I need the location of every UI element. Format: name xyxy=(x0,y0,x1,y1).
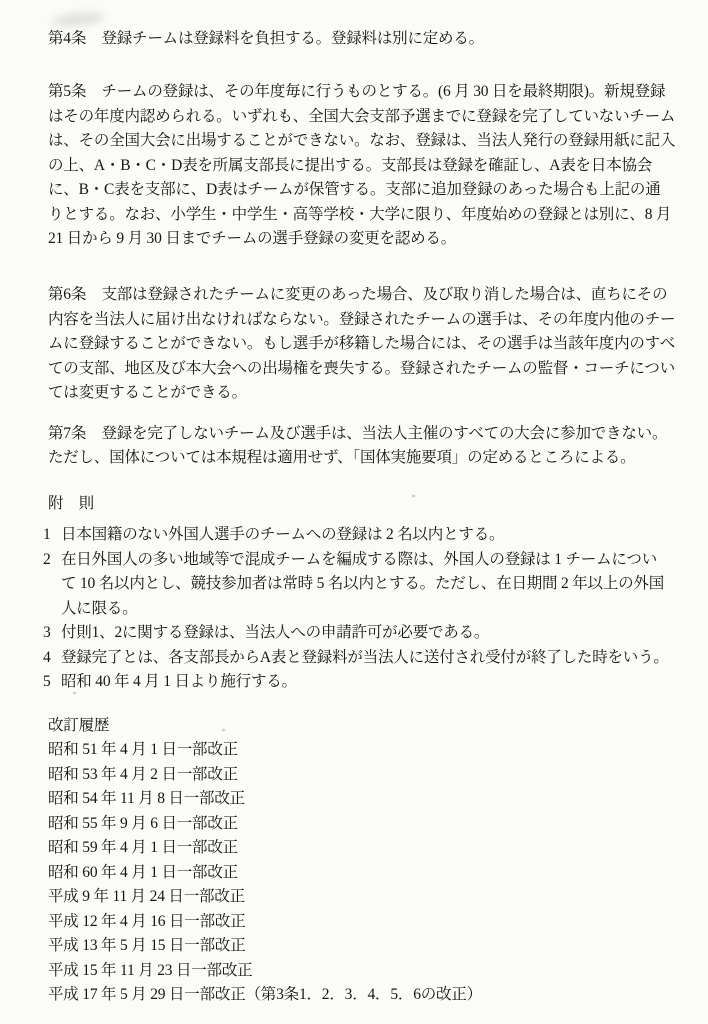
revision-entry: 昭和 51 年 4 月 1 日一部改正 xyxy=(48,738,693,763)
appendix-item: 3 付則1、2に関する登録は、当法人への申請許可が必要である。 xyxy=(43,621,693,646)
item-number: 1 xyxy=(43,523,61,548)
text-line: ただし、国体については本規程は適用せず、「国体実施要項」の定めるところによる。 xyxy=(48,446,693,471)
item-text: 日本国籍のない外国人選手のチームへの登録は 2 名以内とする。 xyxy=(61,523,504,548)
appendix-item: 1 日本国籍のない外国人選手のチームへの登録は 2 名以内とする。 xyxy=(43,523,693,548)
text-line: 登録完了とは、各支部長からA表と登録料が当法人に送付され受付が終了した時をいう。 xyxy=(61,646,669,671)
text-line: りとする。なお、小学生・中学生・高等学校・大学に限り、年度始めの登録とは別に、8… xyxy=(48,203,693,228)
scan-smudge xyxy=(51,10,104,28)
text-line: て 10 名以内とし、競技参加者は常時 5 名以内とする。ただし、在日期間 2 … xyxy=(61,572,664,597)
appendix-items: 1 日本国籍のない外国人選手のチームへの登録は 2 名以内とする。 2 在日外国… xyxy=(48,523,693,695)
item-text: 昭和 40 年 4 月 1 日より施行する。 xyxy=(61,670,297,695)
appendix-item: 5 昭和 40 年 4 月 1 日より施行する。 xyxy=(43,670,693,695)
item-number: 2 xyxy=(43,548,61,622)
text-line: 昭和 40 年 4 月 1 日より施行する。 xyxy=(61,670,297,695)
text-line: 日本国籍のない外国人選手のチームへの登録は 2 名以内とする。 xyxy=(61,523,504,548)
revision-entry: 平成 12 年 4 月 16 日一部改正 xyxy=(48,910,693,935)
item-text: 付則1、2に関する登録は、当法人への申請許可が必要である。 xyxy=(61,621,489,646)
text-line: 付則1、2に関する登録は、当法人への申請許可が必要である。 xyxy=(61,621,489,646)
text-line: 人に限る。 xyxy=(61,597,664,622)
text-line: 在日外国人の多い地域等で混成チームを編成する際は、外国人の登録は 1 チームにつ… xyxy=(61,548,664,573)
article-5: 第5条 チームの登録は、その年度毎に行うものとする。(6 月 30 日を最終期限… xyxy=(48,80,693,252)
item-number: 3 xyxy=(43,621,61,646)
document-content: 第4条 登録チームは登録料を負担する。登録料は別に定める。 第5条 チームの登録… xyxy=(48,27,693,1008)
text-line: は、その全国大会に出場することができない。なお、登録は、当法人発行の登録用紙に記… xyxy=(48,129,693,154)
revision-entry: 昭和 55 年 9 月 6 日一部改正 xyxy=(48,812,693,837)
appendix-heading: 附 則 xyxy=(48,492,693,517)
scanned-document-page: 第4条 登録チームは登録料を負担する。登録料は別に定める。 第5条 チームの登録… xyxy=(0,0,708,1024)
revision-entry: 平成 9 年 11 月 24 日一部改正 xyxy=(48,885,693,910)
revision-entry: 昭和 59 年 4 月 1 日一部改正 xyxy=(48,836,693,861)
revision-entry: 昭和 60 年 4 月 1 日一部改正 xyxy=(48,861,693,886)
text-line: 第7条 登録を完了しないチーム及び選手は、当法人主催のすべての大会に参加できない… xyxy=(48,422,693,447)
revision-history-heading: 改訂履歴 xyxy=(48,714,693,739)
text-line: 21 日から 9 月 30 日までチームの選手登録の変更を認める。 xyxy=(48,227,693,252)
text-line: 第6条 支部は登録されたチームに変更のあった場合、及び取り消した場合は、直ちにそ… xyxy=(48,283,693,308)
text-line: に、B・C表を支部に、D表はチームが保管する。支部に追加登録のあった場合も上記の… xyxy=(48,178,693,203)
item-number: 5 xyxy=(43,670,61,695)
appendix-item: 4 登録完了とは、各支部長からA表と登録料が当法人に送付され受付が終了した時をい… xyxy=(43,646,693,671)
revision-history: 昭和 51 年 4 月 1 日一部改正 昭和 53 年 4 月 2 日一部改正 … xyxy=(48,738,693,1008)
item-text: 登録完了とは、各支部長からA表と登録料が当法人に送付され受付が終了した時をいう。 xyxy=(61,646,669,671)
text-line: 第4条 登録チームは登録料を負担する。登録料は別に定める。 xyxy=(48,27,693,52)
article-4: 第4条 登録チームは登録料を負担する。登録料は別に定める。 xyxy=(48,27,693,52)
item-text: 在日外国人の多い地域等で混成チームを編成する際は、外国人の登録は 1 チームにつ… xyxy=(61,548,664,622)
article-6: 第6条 支部は登録されたチームに変更のあった場合、及び取り消した場合は、直ちにそ… xyxy=(48,283,693,406)
text-line: ての支部、地区及び本大会への出場権を喪失する。登録されたチームの監督・コーチにつ… xyxy=(48,357,693,382)
revision-entry: 平成 17 年 5 月 29 日一部改正（第3条1．2．3．4．5．6の改正） xyxy=(48,983,693,1008)
item-number: 4 xyxy=(43,646,61,671)
appendix-item: 2 在日外国人の多い地域等で混成チームを編成する際は、外国人の登録は 1 チーム… xyxy=(43,548,693,622)
revision-entry: 昭和 54 年 11 月 8 日一部改正 xyxy=(48,787,693,812)
revision-entry: 平成 15 年 11 月 23 日一部改正 xyxy=(48,959,693,984)
revision-entry: 昭和 53 年 4 月 2 日一部改正 xyxy=(48,763,693,788)
text-line: 第5条 チームの登録は、その年度毎に行うものとする。(6 月 30 日を最終期限… xyxy=(48,80,693,105)
text-line: の上、A・B・C・D表を所属支部長に提出する。支部長は登録を確証し、A表を日本協… xyxy=(48,154,693,179)
article-7: 第7条 登録を完了しないチーム及び選手は、当法人主催のすべての大会に参加できない… xyxy=(48,422,693,471)
text-line: ては変更することができる。 xyxy=(48,381,693,406)
text-line: ムに登録することができない。もし選手が移籍した場合には、その選手は当該年度内のす… xyxy=(48,332,693,357)
text-line: 内容を当法人に届け出なければならない。登録されたチームの選手は、その年度内他のチ… xyxy=(48,308,693,333)
text-line: はその年度内認められる。いずれも、全国大会支部予選までに登録を完了していないチー… xyxy=(48,105,693,130)
revision-entry: 平成 13 年 5 月 15 日一部改正 xyxy=(48,934,693,959)
